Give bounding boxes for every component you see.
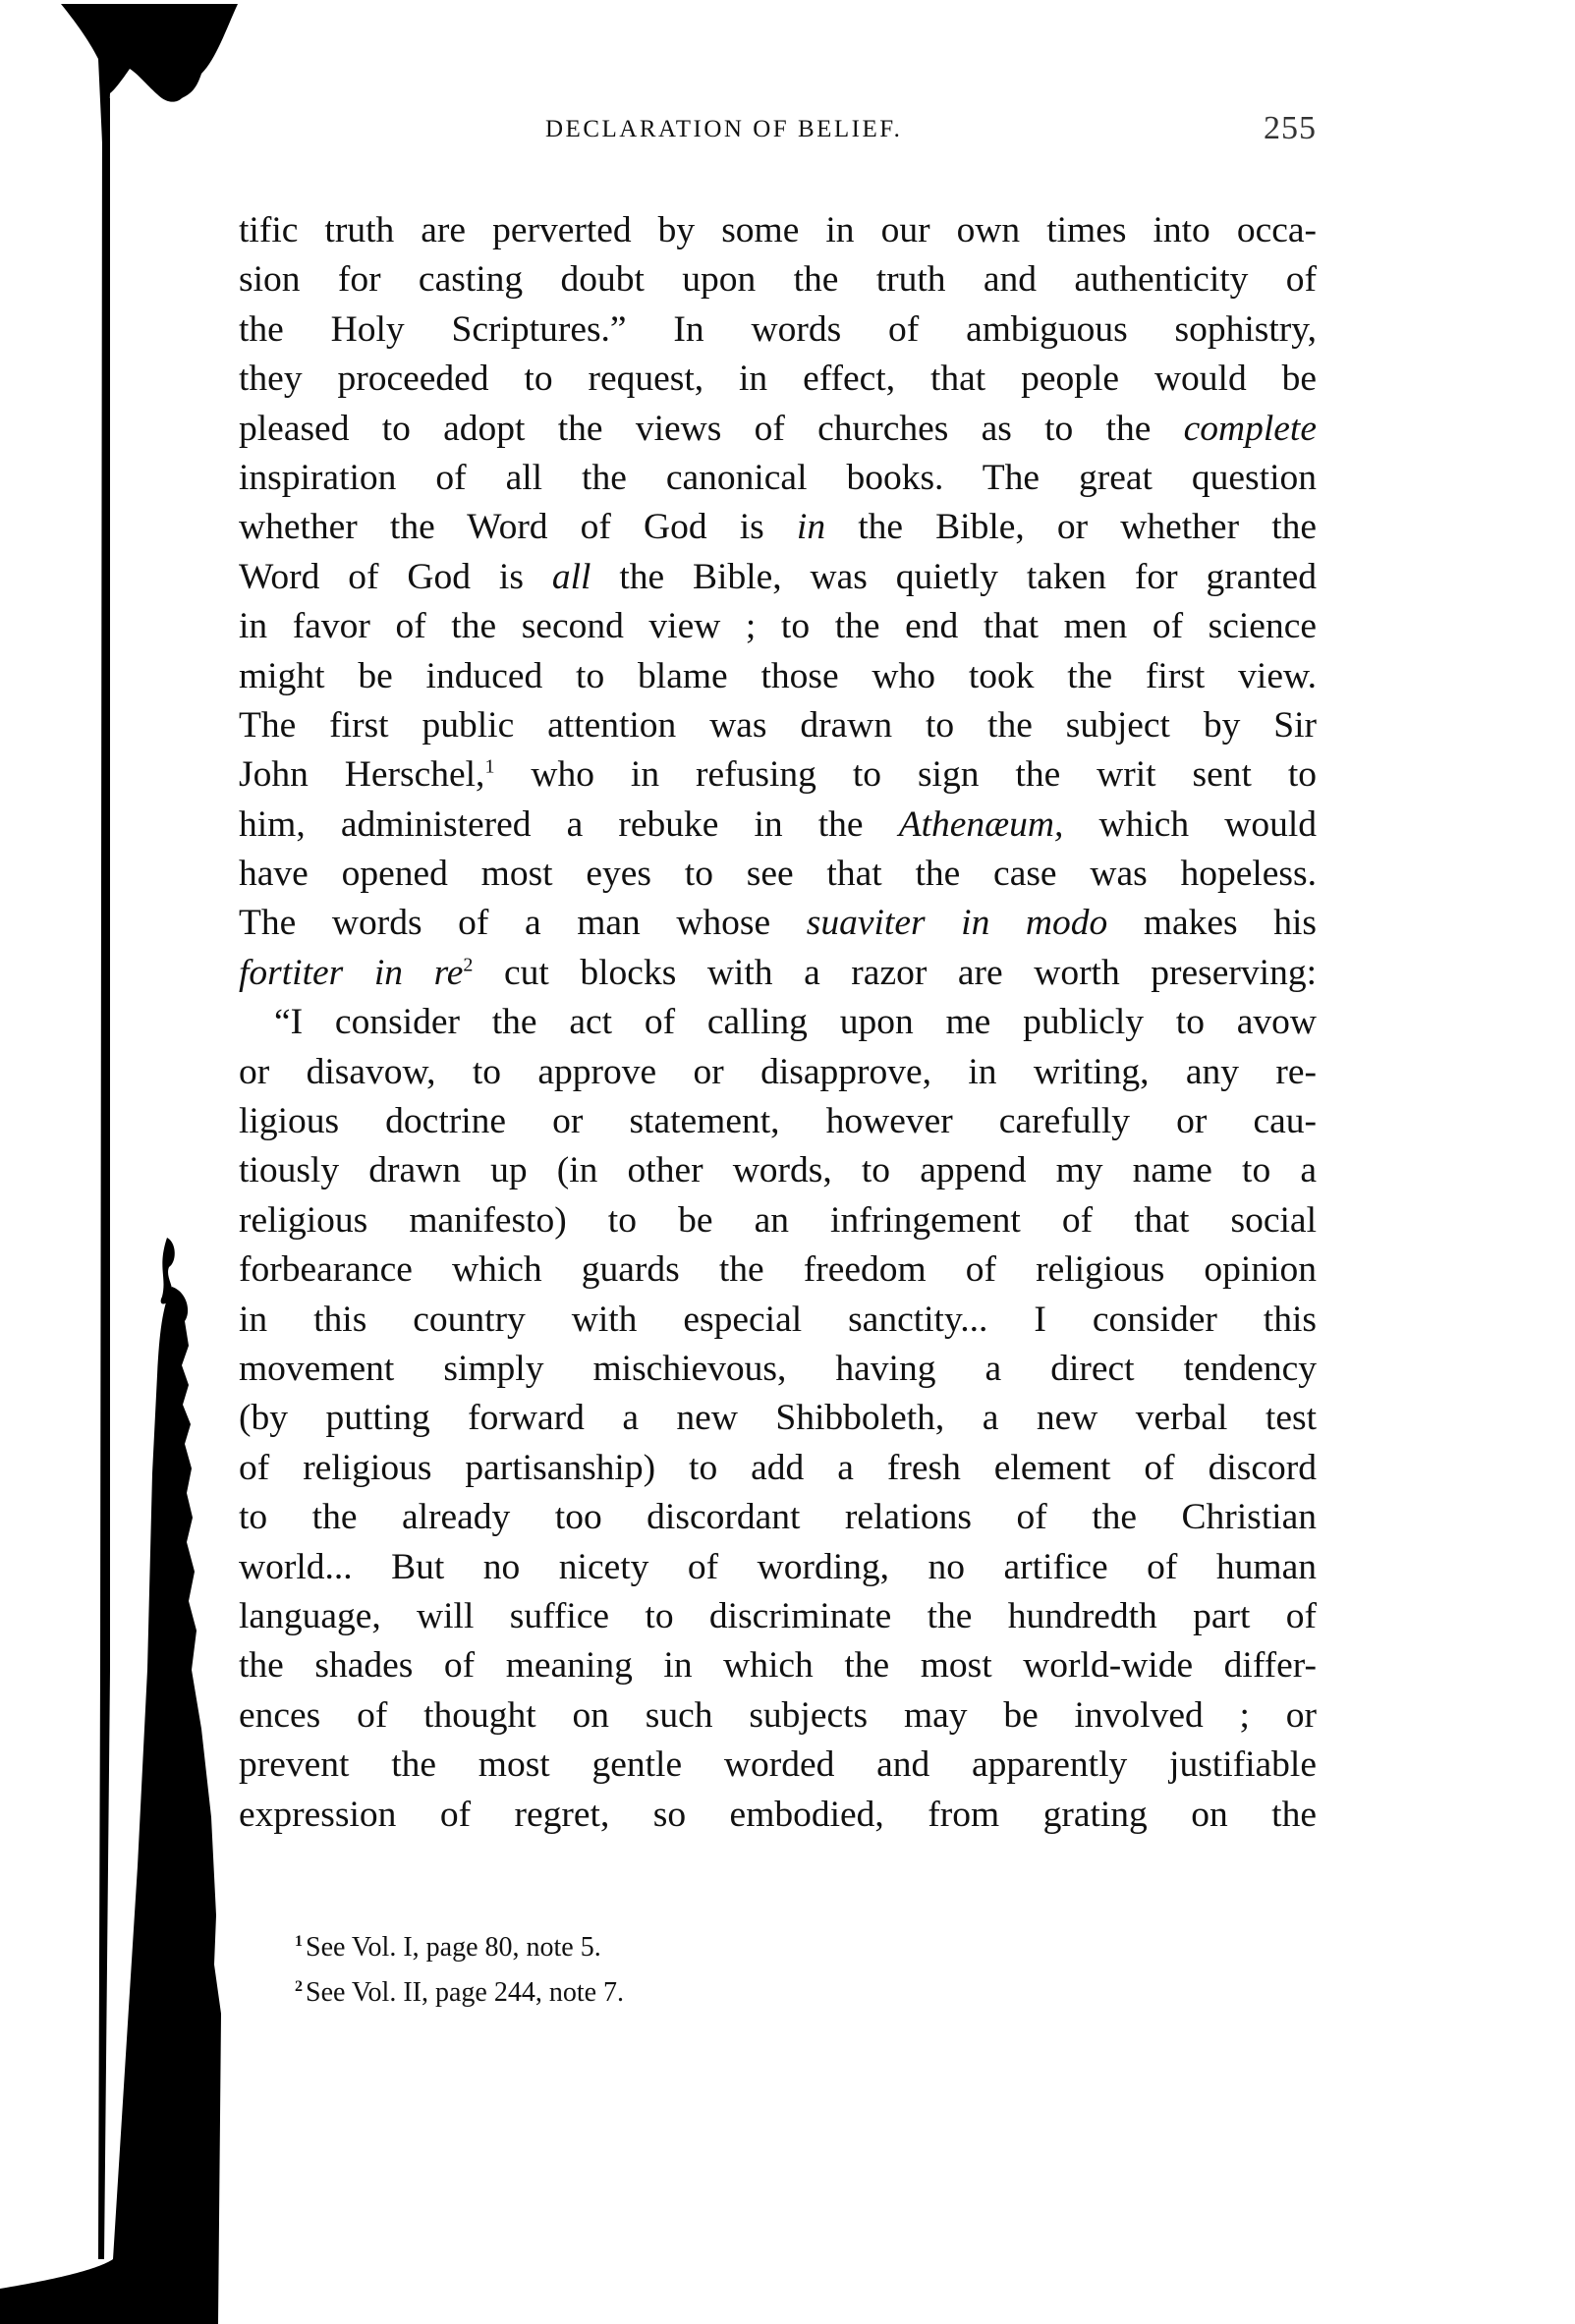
text-line: world... But no nicety of wording, no ar… [239, 1543, 1317, 1592]
italic-phrase: complete [1184, 409, 1317, 449]
line-text: expression of regret, so embodied, from … [239, 1795, 1317, 1835]
line-text: who in refusing to sign the writ sent to [494, 754, 1317, 795]
running-head: DECLARATION OF BELIEF. [545, 116, 902, 143]
italic-phrase: all [552, 557, 591, 597]
line-text: The words of a man whose [239, 903, 807, 943]
footnote: 1See Vol. I, page 80, note 5. [295, 1925, 624, 1970]
text-line: they proceeded to request, in effect, th… [239, 355, 1317, 404]
italic-phrase: fortiter in re [239, 953, 463, 993]
line-text: religious manifesto) to be an infringeme… [239, 1200, 1317, 1241]
italic-phrase: in [797, 507, 825, 547]
text-line: The words of a man whose suaviter in mod… [239, 899, 1317, 948]
text-line: John Herschel,1 who in refusing to sign … [239, 750, 1317, 800]
text-line: pleased to adopt the views of churches a… [239, 405, 1317, 454]
text-line: (by putting forward a new Shibboleth, a … [239, 1394, 1317, 1443]
text-line: the shades of meaning in which the most … [239, 1641, 1317, 1690]
line-text: the shades of meaning in which the most … [239, 1645, 1317, 1686]
line-text: to the already too discordant relations … [239, 1497, 1317, 1537]
text-line: tific truth are perverted by some in our… [239, 206, 1317, 255]
text-line: in this country with especial sanctity..… [239, 1296, 1317, 1345]
line-text: pleased to adopt the views of churches a… [239, 409, 1184, 449]
line-text: whether the Word of God is [239, 507, 797, 547]
italic-phrase: suaviter in modo [807, 903, 1108, 943]
line-text: him, administered a rebuke in the [239, 804, 899, 845]
text-line: religious manifesto) to be an infringeme… [239, 1196, 1317, 1245]
line-text: (by putting forward a new Shibboleth, a … [239, 1398, 1317, 1438]
footnote-text: See Vol. II, page 244, note 7. [306, 1977, 624, 2008]
line-text: tific truth are perverted by some in our… [239, 210, 1317, 250]
text-line: of religious partisanship) to add a fres… [239, 1444, 1317, 1493]
line-text: prevent the most gentle worded and appar… [239, 1744, 1317, 1785]
text-line: to the already too discordant relations … [239, 1493, 1317, 1542]
footnote-reference[interactable]: 1 [484, 756, 494, 778]
line-text: ences of thought on such subjects may be… [239, 1695, 1317, 1736]
footnote: 2See Vol. II, page 244, note 7. [295, 1970, 624, 2016]
text-line: tiously drawn up (in other words, to app… [239, 1146, 1317, 1195]
text-line: have opened most eyes to see that the ca… [239, 850, 1317, 899]
text-line: ences of thought on such subjects may be… [239, 1691, 1317, 1741]
footnote-mark: 1 [295, 1933, 303, 1950]
text-line: The first public attention was drawn to … [239, 701, 1317, 750]
line-text: the Bible, or whether the [825, 507, 1317, 547]
line-text: sion for casting doubt upon the truth an… [239, 259, 1317, 300]
scan-binding-shadow [0, 0, 255, 2324]
text-line: expression of regret, so embodied, from … [239, 1791, 1317, 1840]
footnote-mark: 2 [295, 1978, 303, 1995]
line-text: or disavow, to approve or disapprove, in… [239, 1052, 1317, 1092]
line-text: makes his [1107, 903, 1317, 943]
line-text: ligious doctrine or statement, however c… [239, 1101, 1317, 1141]
text-line: inspiration of all the canonical books. … [239, 454, 1317, 503]
line-text: “I consider the act of calling upon me p… [274, 1002, 1317, 1042]
line-text: cut blocks with a razor are worth preser… [473, 953, 1317, 993]
text-line: movement simply mischievous, having a di… [239, 1345, 1317, 1394]
line-text: they proceeded to request, in effect, th… [239, 359, 1317, 399]
body-text: tific truth are perverted by some in our… [239, 206, 1317, 1840]
page-number: 255 [1264, 110, 1317, 147]
text-line: Word of God is all the Bible, was quietl… [239, 553, 1317, 602]
line-text: John Herschel, [239, 754, 484, 795]
page-header: DECLARATION OF BELIEF. 255 [236, 116, 1317, 155]
line-text: world... But no nicety of wording, no ar… [239, 1547, 1317, 1587]
line-text: inspiration of all the canonical books. … [239, 458, 1317, 498]
text-line: prevent the most gentle worded and appar… [239, 1741, 1317, 1790]
line-text: might be induced to blame those who took… [239, 656, 1317, 696]
italic-phrase: Athenæum, [899, 804, 1064, 845]
text-line: fortiter in re2 cut blocks with a razor … [239, 949, 1317, 998]
line-text: forbearance which guards the freedom of … [239, 1249, 1317, 1290]
footnotes: 1See Vol. I, page 80, note 5.2See Vol. I… [295, 1925, 624, 2016]
line-text: of religious partisanship) to add a fres… [239, 1448, 1317, 1488]
text-line: “I consider the act of calling upon me p… [239, 998, 1317, 1047]
text-line: whether the Word of God is in the Bible,… [239, 503, 1317, 552]
text-line: in favor of the second view ; to the end… [239, 602, 1317, 651]
text-line: language, will suffice to discriminate t… [239, 1592, 1317, 1641]
line-text: tiously drawn up (in other words, to app… [239, 1150, 1317, 1190]
line-text: which would [1063, 804, 1317, 845]
line-text: the Bible, was quietly taken for granted [591, 557, 1317, 597]
line-text: Word of God is [239, 557, 552, 597]
text-line: him, administered a rebuke in the Athenæ… [239, 801, 1317, 850]
text-line: the Holy Scriptures.” In words of ambigu… [239, 305, 1317, 355]
line-text: in this country with especial sanctity..… [239, 1300, 1317, 1340]
line-text: in favor of the second view ; to the end… [239, 606, 1317, 646]
text-line: or disavow, to approve or disapprove, in… [239, 1048, 1317, 1097]
line-text: the Holy Scriptures.” In words of ambigu… [239, 309, 1317, 350]
text-line: sion for casting doubt upon the truth an… [239, 255, 1317, 304]
text-line: might be induced to blame those who took… [239, 652, 1317, 701]
line-text: The first public attention was drawn to … [239, 705, 1317, 746]
footnote-text: See Vol. I, page 80, note 5. [306, 1932, 601, 1963]
line-text: movement simply mischievous, having a di… [239, 1349, 1317, 1389]
text-line: forbearance which guards the freedom of … [239, 1245, 1317, 1295]
line-text: have opened most eyes to see that the ca… [239, 854, 1317, 894]
footnote-reference[interactable]: 2 [463, 954, 473, 975]
text-line: ligious doctrine or statement, however c… [239, 1097, 1317, 1146]
line-text: language, will suffice to discriminate t… [239, 1596, 1317, 1636]
